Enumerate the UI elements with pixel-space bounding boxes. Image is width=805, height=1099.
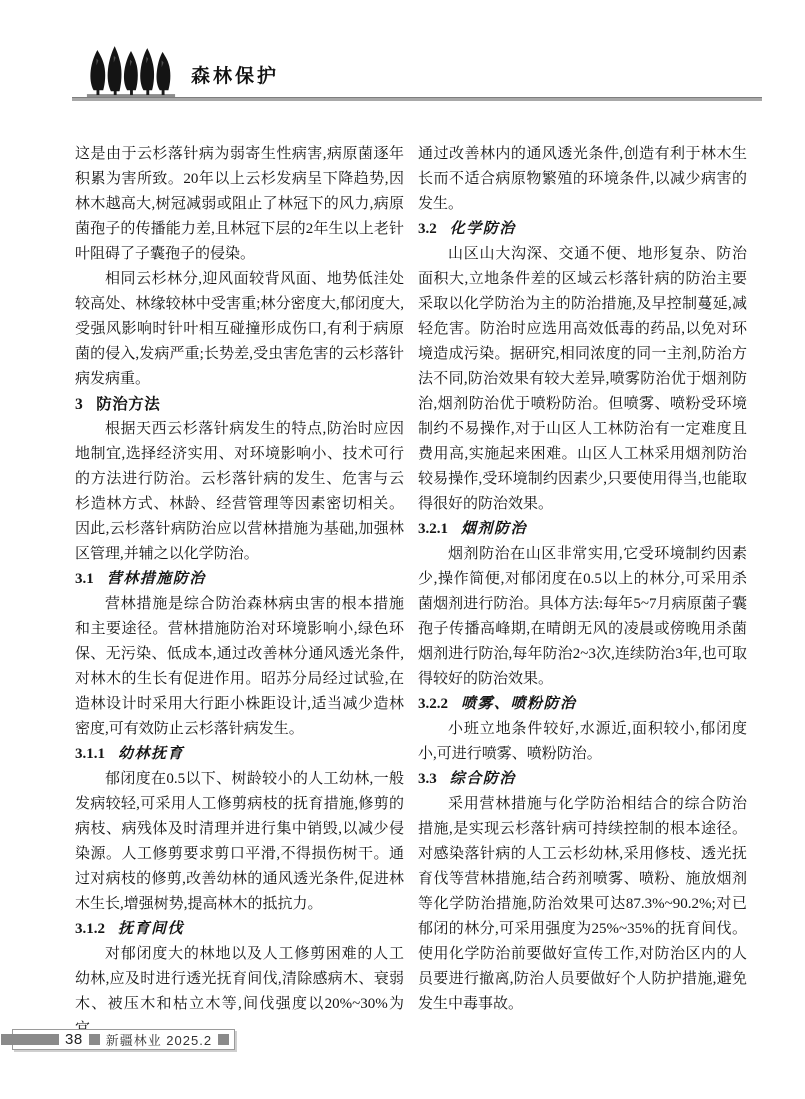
heading-title: 抚育间伐 — [118, 921, 184, 937]
heading-title: 喷雾、喷粉防治 — [461, 696, 577, 712]
heading-title: 烟剂防治 — [461, 521, 527, 537]
heading-number: 3.1.2 — [75, 921, 105, 937]
paragraph-ventilation: 通过改善林内的通风透光条件,创造有利于林木生长而不适合病原物繁殖的环境条件,以减… — [418, 142, 747, 217]
heading-3-2-2-spray-dust-control: 3.2.2喷雾、喷粉防治 — [418, 692, 747, 717]
heading-3-3-integrated-control: 3.3综合防治 — [418, 767, 747, 792]
footer-box: 38 新疆林业 2025.2 — [12, 1029, 235, 1050]
conifer-trees-logo-icon — [85, 44, 177, 102]
heading-3-1-silviculture: 3.1营林措施防治 — [75, 567, 404, 592]
page-number: 38 — [65, 1031, 83, 1048]
heading-number: 3 — [75, 396, 83, 413]
page-header: 森林保护 — [85, 44, 279, 102]
footer-square-icon — [218, 1034, 229, 1045]
paragraph-intro: 这是由于云杉落针病为弱寄生性病害,病原菌逐年积累为害所致。20年以上云杉发病呈下… — [75, 142, 404, 267]
heading-3-1-2-tending-thinning: 3.1.2抚育间伐 — [75, 917, 404, 942]
heading-title: 防治方法 — [96, 396, 160, 413]
section-label: 森林保护 — [191, 61, 279, 88]
journal-issue: 新疆林业 2025.2 — [106, 1030, 212, 1049]
heading-title: 化学防治 — [450, 221, 516, 237]
left-column: 这是由于云杉落针病为弱寄生性病害,病原菌逐年积累为害所致。20年以上云杉发病呈下… — [75, 142, 404, 1042]
heading-title: 幼林抚育 — [118, 746, 184, 762]
heading-number: 3.2.2 — [418, 696, 448, 712]
heading-3-control-methods: 3防治方法 — [75, 392, 404, 417]
page-footer: 38 新疆林业 2025.2 — [0, 1029, 805, 1051]
heading-number: 3.2 — [418, 221, 437, 237]
right-column: 通过改善林内的通风透光条件,创造有利于林木生长而不适合病原物繁殖的环境条件,以减… — [418, 142, 747, 1042]
heading-title: 综合防治 — [450, 771, 516, 787]
heading-number: 3.1 — [75, 571, 94, 587]
paragraph-smoke: 烟剂防治在山区非常实用,它受环境制约因素少,操作简便,对郁闭度在0.5以上的林分… — [418, 542, 747, 692]
journal-page: 森林保护 这是由于云杉落针病为弱寄生性病害,病原菌逐年积累为害所致。20年以上云… — [0, 0, 805, 1099]
heading-3-2-chemical-control: 3.2化学防治 — [418, 217, 747, 242]
paragraph-young-forest: 郁闭度在0.5以下、树龄较小的人工幼林,一般发病较轻,可采用人工修剪病枝的抚育措… — [75, 767, 404, 917]
paragraph-thinning: 对郁闭度大的林地以及人工修剪困难的人工幼林,应及时进行透光抚育间伐,清除感病木、… — [75, 942, 404, 1042]
article-body: 这是由于云杉落针病为弱寄生性病害,病原菌逐年积累为害所致。20年以上云杉发病呈下… — [75, 142, 747, 1042]
paragraph-method-principles: 根据天西云杉落针病发生的特点,防治时应因地制宜,选择经济实用、对环境影响小、技术… — [75, 417, 404, 567]
paragraph-spray: 小班立地条件较好,水源近,面积较小,郁闭度小,可进行喷雾、喷粉防治。 — [418, 717, 747, 767]
heading-3-2-1-smoke-control: 3.2.1烟剂防治 — [418, 517, 747, 542]
heading-3-1-1-young-forest-tending: 3.1.1幼林抚育 — [75, 742, 404, 767]
paragraph-chemical: 山区山大沟深、交通不便、地形复杂、防治面积大,立地条件差的区域云杉落针病的防治主… — [418, 242, 747, 517]
heading-title: 营林措施防治 — [107, 571, 206, 587]
header-divider — [72, 97, 762, 101]
paragraph-integrated: 采用营林措施与化学防治相结合的综合防治措施,是实现云杉落针病可持续控制的根本途径… — [418, 792, 747, 1017]
heading-number: 3.1.1 — [75, 746, 105, 762]
heading-number: 3.3 — [418, 771, 437, 787]
paragraph-stand-factors: 相同云杉林分,迎风面较背风面、地势低洼处较高处、林缘较林中受害重;林分密度大,郁… — [75, 267, 404, 392]
heading-number: 3.2.1 — [418, 521, 448, 537]
footer-square-icon — [89, 1034, 100, 1045]
footer-bar — [1, 1034, 59, 1045]
paragraph-silviculture: 营林措施是综合防治森林病虫害的根本措施和主要途径。营林措施防治对环境影响小,绿色… — [75, 592, 404, 742]
